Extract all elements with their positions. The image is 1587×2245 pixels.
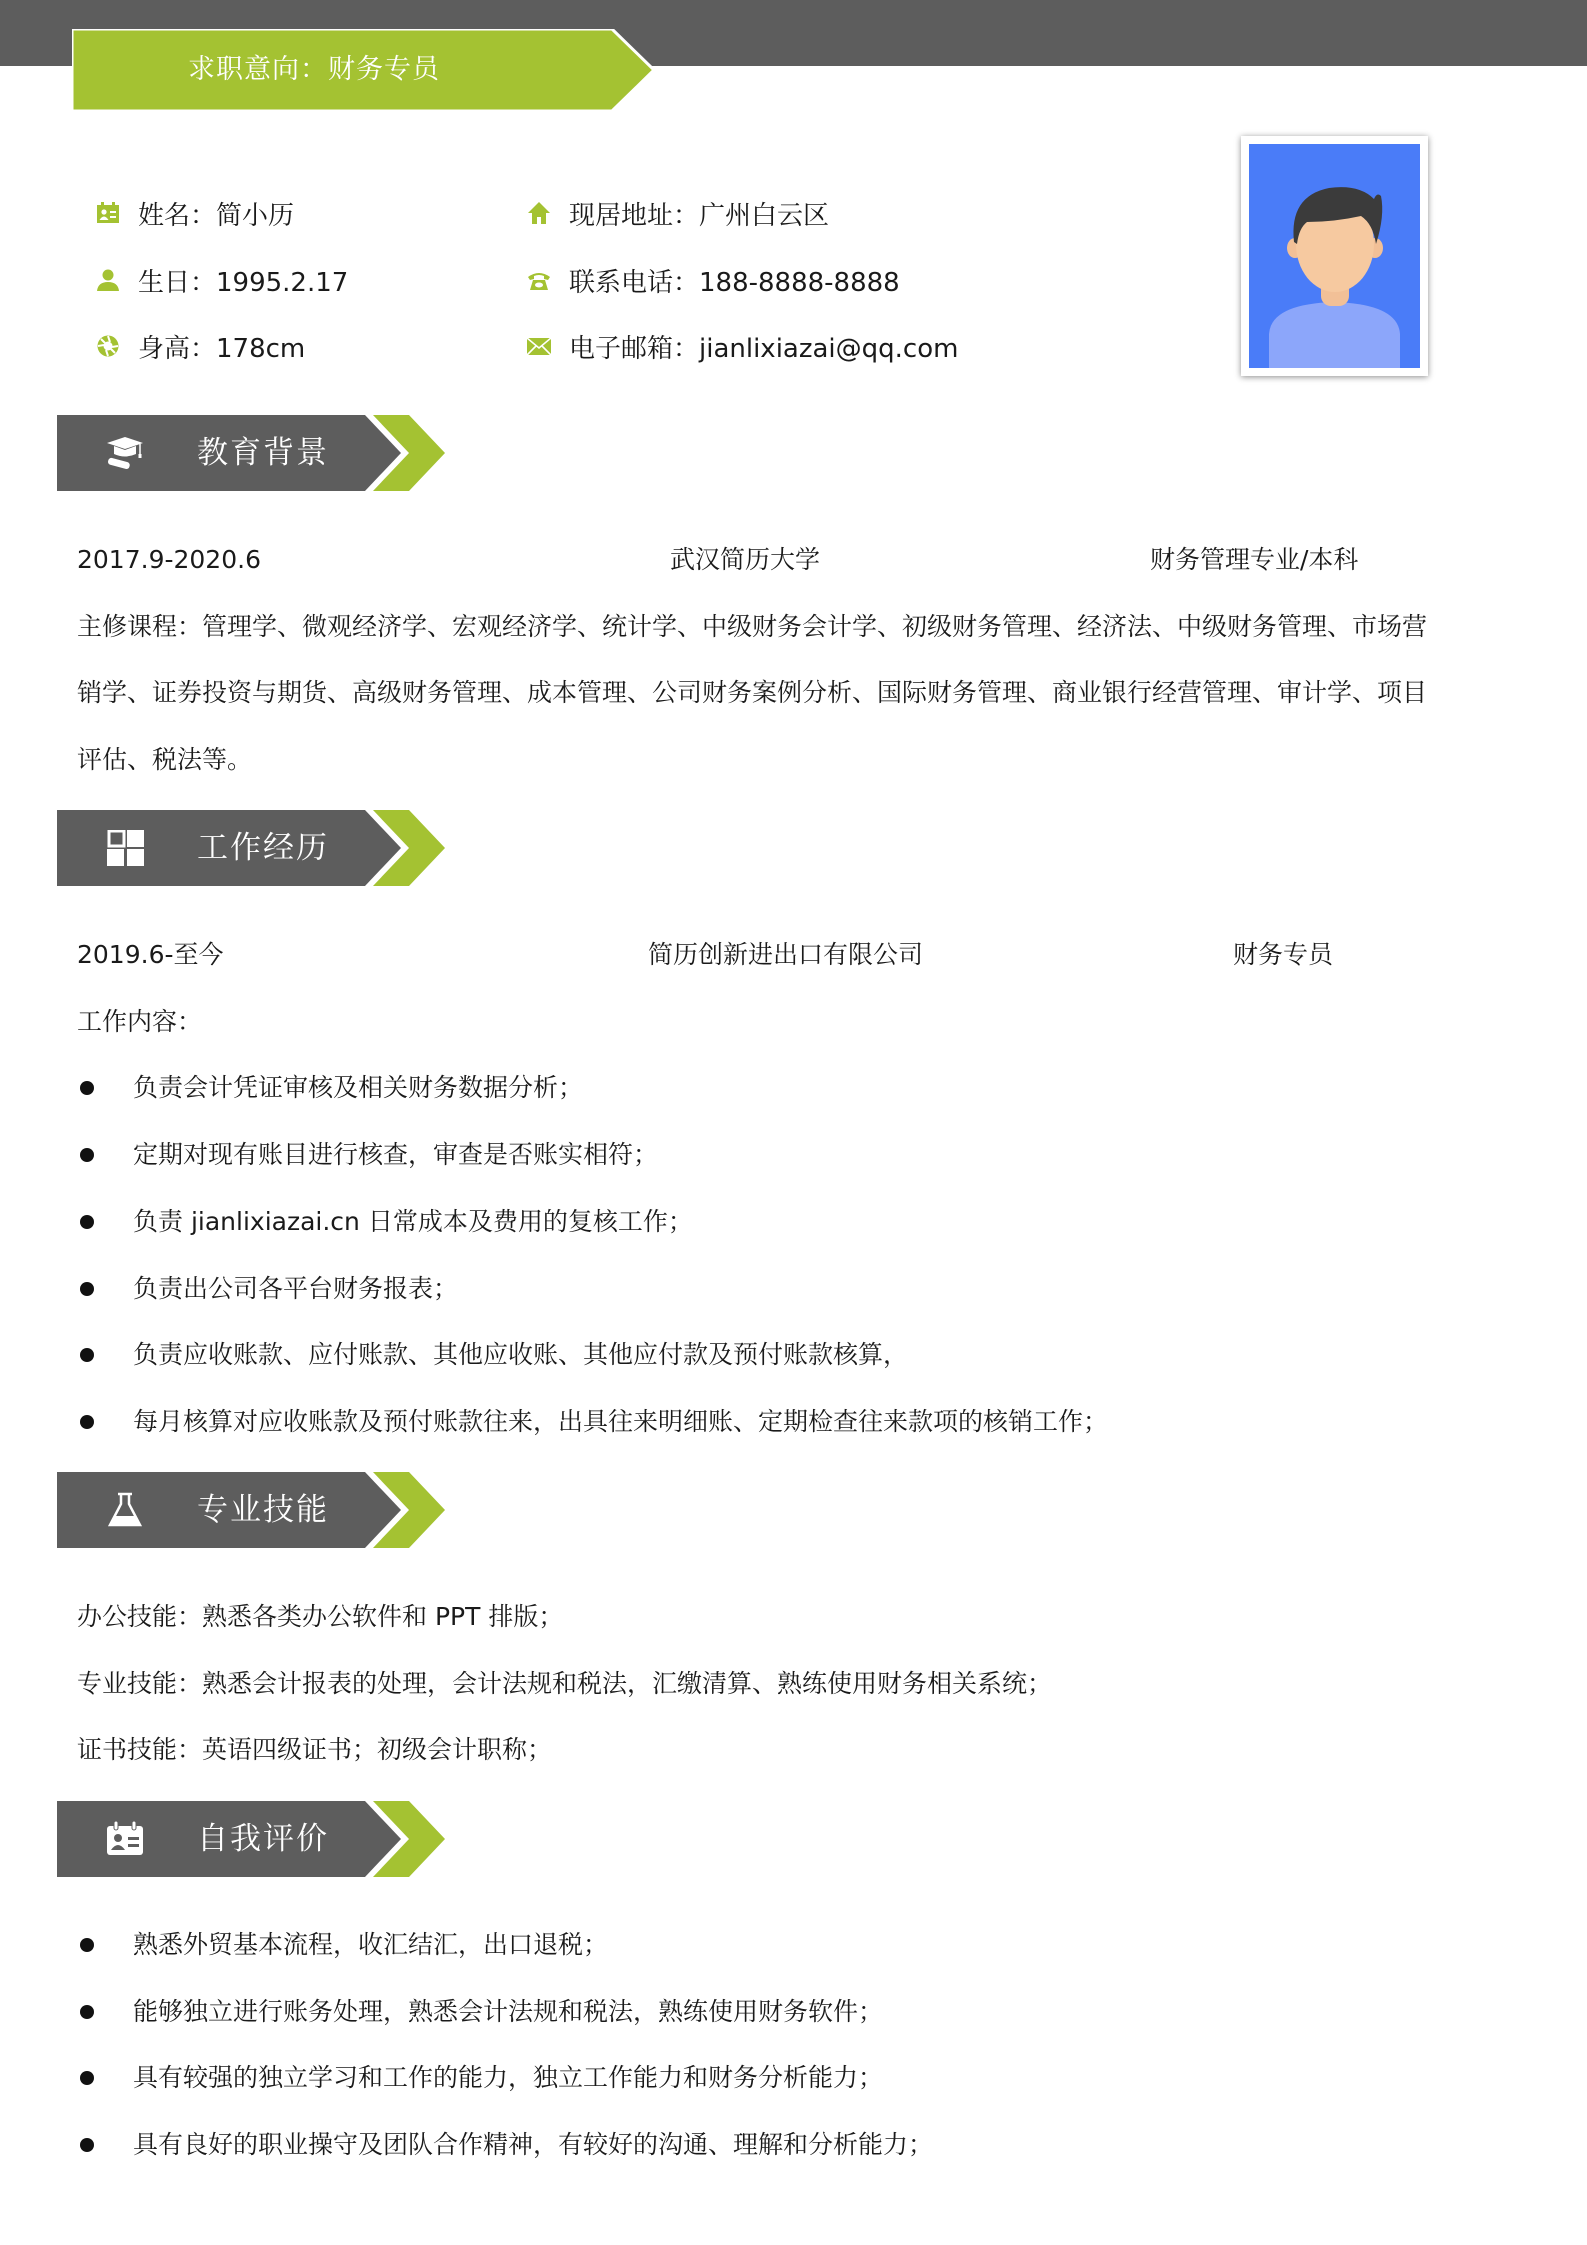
- education-courses-line-1: 主修课程：管理学、微观经济学、宏观经济学、统计学、中级财务会计学、初级财务管理、…: [77, 610, 1427, 644]
- info-name: 姓名：简小历: [96, 195, 294, 231]
- home-icon: [527, 201, 551, 225]
- work-bullet-4: 负责出公司各平台财务报表；: [133, 1272, 458, 1306]
- bullet-dot: [80, 1215, 94, 1229]
- self-bullet-4: 具有良好的职业操守及团队合作精神，有较好的沟通、理解和分析能力；: [133, 2128, 933, 2162]
- info-height: 身高：178cm: [96, 328, 305, 364]
- self-bullet-3: 具有较强的独立学习和工作的能力，独立工作能力和财务分析能力；: [133, 2061, 883, 2095]
- telephone-icon: [527, 268, 551, 292]
- section-title-education: 教育背景: [197, 415, 329, 491]
- skill-office: 办公技能：熟悉各类办公软件和 PPT 排版；: [77, 1600, 563, 1634]
- education-major: 财务管理专业/本科: [1150, 543, 1358, 577]
- bullet-dot: [80, 1938, 94, 1952]
- work-period: 2019.6-至今: [77, 938, 224, 972]
- education-period: 2017.9-2020.6: [77, 543, 261, 577]
- info-phone-text: 联系电话：188-8888-8888: [569, 262, 900, 299]
- education-courses-line-3: 评估、税法等。: [77, 743, 252, 777]
- person-icon: [96, 268, 120, 292]
- self-bullet-2: 能够独立进行账务处理，熟悉会计法规和税法，熟练使用财务软件；: [133, 1995, 883, 2029]
- info-email: 电子邮箱：jianlixiazai@qq.com: [527, 328, 958, 364]
- work-position: 财务专员: [1233, 938, 1333, 972]
- grid-icon: [105, 830, 145, 866]
- job-intention-label: 求职意向：财务专员: [188, 29, 440, 111]
- bullet-dot: [80, 2005, 94, 2019]
- section-header-education: 教育背景: [57, 415, 447, 491]
- education-school: 武汉简历大学: [670, 543, 820, 577]
- info-address: 现居地址：广州白云区: [527, 195, 829, 231]
- flask-icon: [105, 1492, 145, 1528]
- skill-professional: 专业技能：熟悉会计报表的处理，会计法规和税法，汇缴清算、熟练使用财务相关系统；: [77, 1667, 1052, 1701]
- bullet-dot: [80, 1348, 94, 1362]
- bullet-dot: [80, 1081, 94, 1095]
- section-title-work: 工作经历: [197, 810, 329, 886]
- info-name-text: 姓名：简小历: [138, 195, 294, 232]
- envelope-icon: [527, 334, 551, 358]
- bullet-dot: [80, 1415, 94, 1429]
- info-birthday-text: 生日：1995.2.17: [138, 262, 348, 299]
- work-company: 简历创新进出口有限公司: [648, 938, 923, 972]
- info-height-text: 身高：178cm: [138, 328, 305, 365]
- bullet-dot: [80, 2071, 94, 2085]
- info-phone: 联系电话：188-8888-8888: [527, 262, 900, 298]
- section-header-self-evaluation: 自我评价: [57, 1801, 447, 1877]
- bullet-dot: [80, 1282, 94, 1296]
- section-title-skills: 专业技能: [197, 1472, 329, 1548]
- bullet-dot: [80, 2138, 94, 2152]
- section-header-work: 工作经历: [57, 810, 447, 886]
- info-birthday: 生日：1995.2.17: [96, 262, 348, 298]
- self-bullet-1: 熟悉外贸基本流程，收汇结汇，出口退税；: [133, 1928, 608, 1962]
- avatar: [1249, 144, 1420, 368]
- skill-certificate: 证书技能：英语四级证书；初级会计职称；: [77, 1733, 552, 1767]
- info-address-text: 现居地址：广州白云区: [569, 195, 829, 232]
- work-bullet-2: 定期对现有账目进行核查，审查是否账实相符；: [133, 1138, 658, 1172]
- education-courses-line-2: 销学、证券投资与期货、高级财务管理、成本管理、公司财务案例分析、国际财务管理、商…: [77, 676, 1427, 710]
- profile-photo: [1241, 136, 1428, 376]
- work-bullet-1: 负责会计凭证审核及相关财务数据分析；: [133, 1071, 583, 1105]
- section-header-skills: 专业技能: [57, 1472, 447, 1548]
- work-bullet-6: 每月核算对应收账款及预付账款往来，出具往来明细账、定期检查往来款项的核销工作；: [133, 1405, 1108, 1439]
- work-bullet-3: 负责 jianlixiazai.cn 日常成本及费用的复核工作；: [133, 1205, 693, 1239]
- graduation-cap-icon: [105, 435, 145, 471]
- work-content-label: 工作内容：: [77, 1005, 202, 1039]
- work-bullet-5: 负责应收账款、应付账款、其他应收账、其他应付款及预付账款核算，: [133, 1338, 908, 1372]
- section-title-self-evaluation: 自我评价: [197, 1801, 329, 1877]
- job-intention-banner: 求职意向：财务专员: [72, 29, 654, 111]
- info-email-text: 电子邮箱：jianlixiazai@qq.com: [569, 328, 958, 365]
- bullet-dot: [80, 1148, 94, 1162]
- id-card-icon: [96, 201, 120, 225]
- contact-card-icon: [105, 1821, 145, 1857]
- aperture-icon: [96, 334, 120, 358]
